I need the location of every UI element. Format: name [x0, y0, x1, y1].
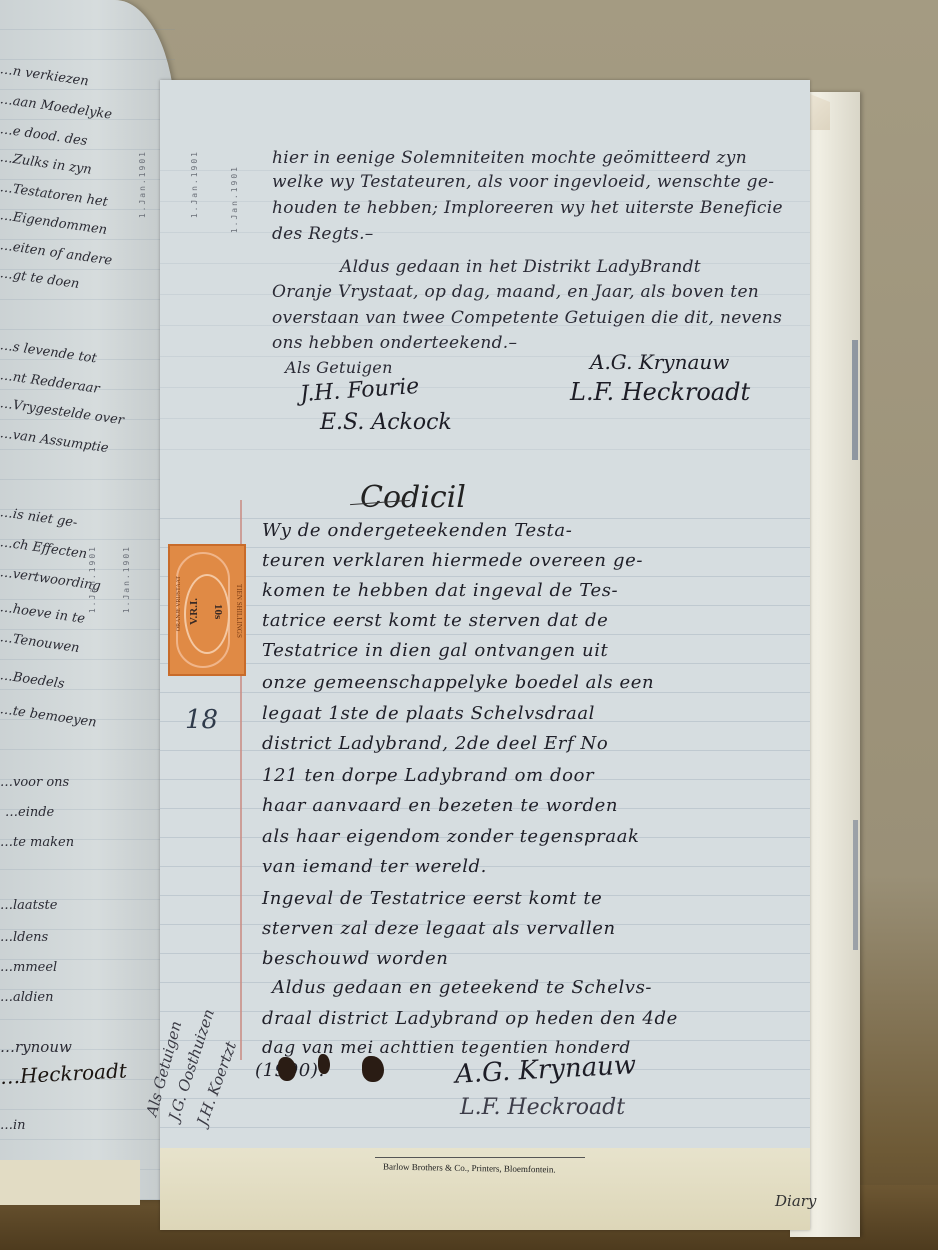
left-line: …aldien: [0, 990, 53, 1005]
stamp-value: 10s: [212, 604, 224, 619]
codicil-line: legaat 1ste de plaats Schelvsdraal: [262, 703, 595, 724]
codicil-line: Wy de ondergeteekenden Testa-: [262, 520, 572, 541]
witness-signature: E.S. Ackock: [320, 410, 452, 435]
left-perforation-stamp-lower: 1.Jan.1901: [88, 545, 97, 613]
page-tab: [853, 820, 858, 950]
page-tab: [852, 340, 858, 460]
left-line: …einde: [5, 805, 54, 820]
will-line: houden te hebben; Imploreeren wy het uit…: [272, 198, 783, 218]
stamp-top-text: ORANJE VRIJSTAAT: [176, 576, 182, 631]
will-line: overstaan van twee Competente Getuigen d…: [272, 308, 782, 328]
revenue-stamp: ORANJE VRIJSTAAT V.R.I. 10s TIEN SHILLIN…: [168, 544, 246, 676]
codicil-line: teuren verklaren hiermede overeen ge-: [262, 550, 643, 571]
perforation-date-stamp: 1.Jan.1901: [122, 545, 131, 613]
ink-blot: [362, 1056, 384, 1082]
left-line: …laatste: [0, 898, 57, 913]
left-line: …ldens: [0, 930, 48, 945]
ink-blot: [278, 1057, 296, 1081]
will-line: Aldus gedaan in het Distrikt LadyBrandt: [340, 257, 701, 277]
imprint-rule: [375, 1157, 585, 1158]
page-bottom-strip: [160, 1148, 810, 1230]
codicil-signature: L.F. Heckroadt: [460, 1095, 625, 1120]
left-page-bottom-strip: [0, 1160, 140, 1205]
codicil-line: Testatrice in dien gal ontvangen uit: [262, 640, 608, 661]
left-line: …te maken: [0, 835, 74, 850]
ink-blot: [318, 1054, 330, 1074]
codicil-line: haar aanvaard en bezeten te worden: [262, 795, 618, 816]
testator-signature: A.G. Krynauw: [590, 350, 729, 374]
will-line: hier in eenige Solemniteiten mochte geöm…: [272, 148, 747, 168]
codicil-line: als haar eigendom zonder tegenspraak: [262, 826, 640, 847]
testator-signature: L.F. Heckroadt: [570, 378, 750, 406]
codicil-line: sterven zal deze legaat als vervallen: [262, 918, 616, 939]
codicil-line: van iemand ter wereld.: [262, 856, 487, 877]
will-line: des Regts.–: [272, 224, 374, 244]
codicil-line: Ingeval de Testatrice eerst komt te: [262, 888, 602, 909]
codicil-line: draal district Ladybrand op heden den 4d…: [262, 1008, 678, 1029]
folio-number: 18: [185, 705, 218, 735]
codicil-line: tatrice eerst komt te sterven dat de: [262, 610, 608, 631]
left-line: …in: [0, 1118, 26, 1133]
codicil-line: 121 ten dorpe Ladybrand om door: [262, 765, 594, 786]
left-line: …voor ons: [0, 775, 69, 790]
codicil-line: Aldus gedaan en geteekend te Schelvs-: [272, 977, 652, 998]
left-signature: …rynouw: [0, 1038, 72, 1056]
left-perforation-stamp: 1.Jan.1901: [138, 150, 147, 218]
codicil-line: beschouwd worden: [262, 948, 448, 969]
perforation-date-top: 1.Jan.1901: [190, 150, 199, 218]
left-line: …mmeel: [0, 960, 57, 975]
codicil-line: komen te hebben dat ingeval de Tes-: [262, 580, 618, 601]
perforation-date-top-2: 1.Jan.1901: [230, 165, 239, 233]
codicil-line: district Ladybrand, 2de deel Erf No: [262, 733, 608, 754]
codicil-heading: Codicil: [360, 480, 466, 515]
will-line: ons hebben onderteekend.–: [272, 333, 517, 353]
stamp-side-text: TIEN SHILLINGS: [231, 552, 243, 670]
stamp-overprint: V.R.I.: [188, 598, 202, 625]
codicil-line: onze gemeenschappelyke boedel als een: [262, 672, 654, 693]
will-line: Oranje Vrystaat, op dag, maand, en Jaar,…: [272, 282, 759, 302]
will-line: welke wy Testateuren, als voor ingevloei…: [272, 172, 774, 192]
corner-note: Diary: [775, 1192, 816, 1210]
witnesses-label: Als Getuigen: [285, 358, 393, 377]
